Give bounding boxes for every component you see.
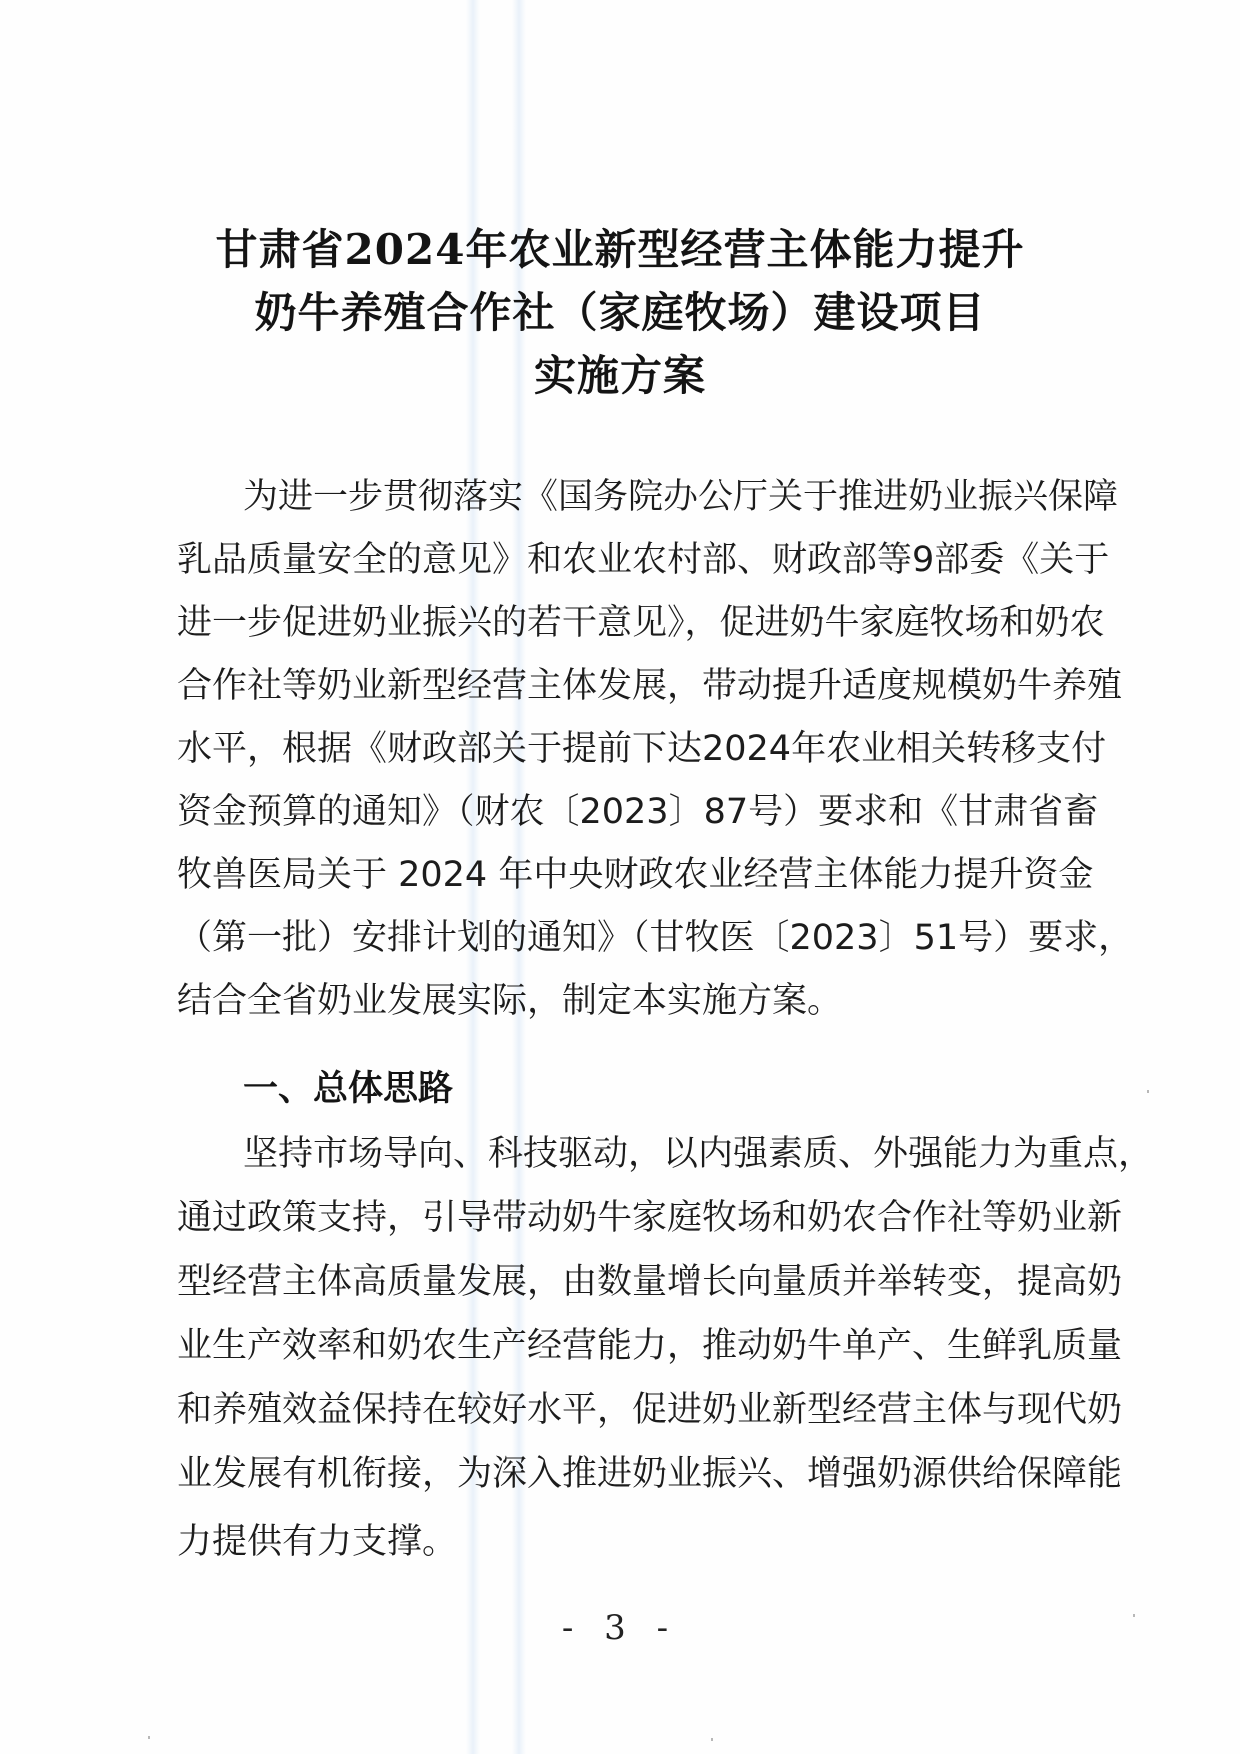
section-paragraph-line: 通过政策支持，引导带动奶牛家庭牧场和奶农合作社等奶业新 (177, 1187, 1047, 1250)
intro-paragraph-line: （第一批）安排计划的通知》（甘牧医〔2023〕51号）要求， (177, 907, 1047, 970)
title-line-3: 实施方案 (0, 344, 1240, 407)
section-paragraph-line: 和养殖效益保持在较好水平，促进奶业新型经营主体与现代奶 (177, 1379, 1047, 1442)
section-paragraph-line: 业生产效率和奶农生产经营能力，推动奶牛单产、生鲜乳质量 (177, 1315, 1047, 1378)
intro-paragraph-line: 资金预算的通知》（财农〔2023〕87号）要求和《甘肃省畜 (177, 781, 1047, 844)
intro-paragraph-line: 进一步促进奶业振兴的若干意见》，促进奶牛家庭牧场和奶农 (177, 592, 1047, 655)
scan-speck (1147, 1090, 1149, 1093)
intro-paragraph-line: 为进一步贯彻落实《国务院办公厅关于推进奶业振兴保障 (243, 466, 1047, 529)
intro-paragraph-line: 水平，根据《财政部关于提前下达2024年农业相关转移支付 (177, 718, 1047, 781)
intro-paragraph-line: 牧兽医局关于 2024 年中央财政农业经营主体能力提升资金 (177, 844, 1047, 907)
intro-paragraph-line: 结合全省奶业发展实际，制定本实施方案。 (177, 970, 1047, 1033)
intro-paragraph-line: 乳品质量安全的意见》和农业农村部、财政部等9部委《关于 (177, 529, 1047, 592)
scan-speck (711, 1738, 713, 1741)
title-line-2: 奶牛养殖合作社（家庭牧场）建设项目 (0, 281, 1240, 344)
section-heading: 一、总体思路 (243, 1058, 453, 1121)
intro-paragraph-line: 合作社等奶业新型经营主体发展，带动提升适度规模奶牛养殖 (177, 655, 1047, 718)
document-page: 甘肃省2024年农业新型经营主体能力提升 奶牛养殖合作社（家庭牧场）建设项目 实… (0, 0, 1240, 1754)
section-paragraph-line: 力提供有力支撑。 (177, 1511, 1047, 1574)
scan-speck (148, 1736, 150, 1739)
scan-speck (1133, 1614, 1135, 1617)
page-number: - 3 - (0, 1605, 1240, 1651)
section-paragraph-line: 型经营主体高质量发展，由数量增长向量质并举转变，提高奶 (177, 1251, 1047, 1314)
section-paragraph-line: 业发展有机衔接，为深入推进奶业振兴、增强奶源供给保障能 (177, 1443, 1047, 1506)
title-line-1: 甘肃省2024年农业新型经营主体能力提升 (0, 218, 1240, 281)
section-paragraph-line: 坚持市场导向、科技驱动，以内强素质、外强能力为重点， (243, 1123, 1047, 1186)
document-title: 甘肃省2024年农业新型经营主体能力提升 奶牛养殖合作社（家庭牧场）建设项目 实… (0, 218, 1240, 407)
